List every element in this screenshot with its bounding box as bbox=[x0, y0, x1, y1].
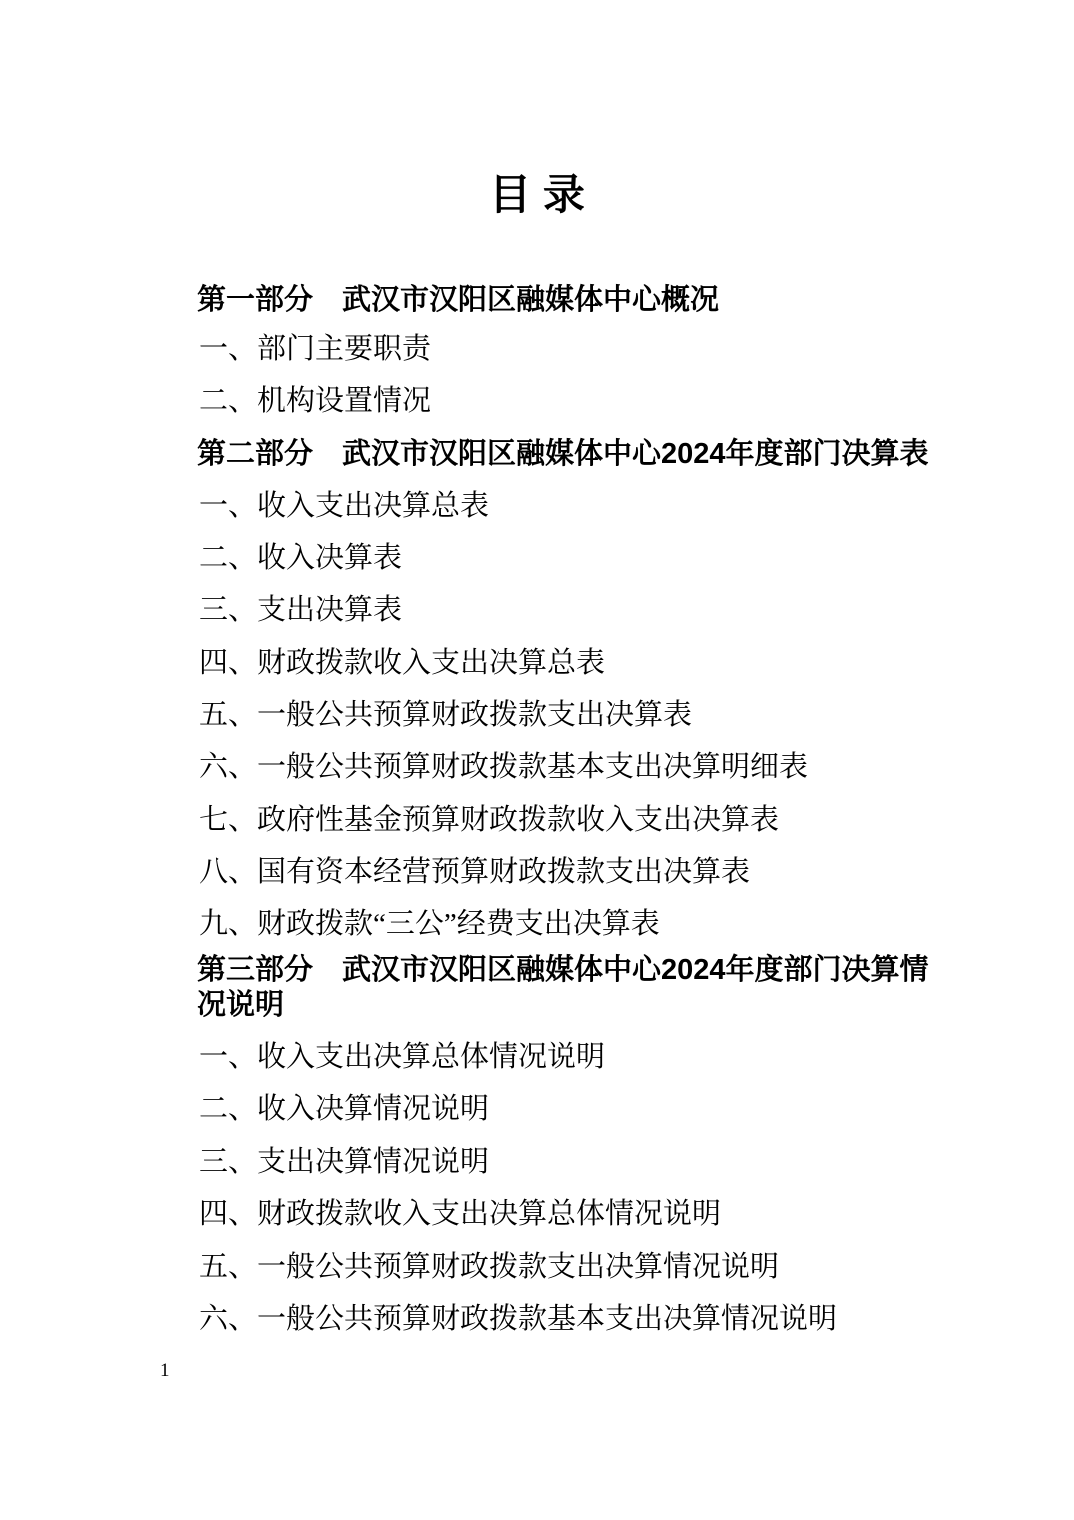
toc-entry: 二、收入决算表 bbox=[199, 542, 941, 575]
toc-entry: 四、财政拨款收入支出决算总表 bbox=[199, 647, 941, 680]
toc-entry: 七、政府性基金预算财政拨款收入支出决算表 bbox=[199, 804, 941, 837]
page-number: 1 bbox=[160, 1360, 170, 1382]
toc-entry: 五、一般公共预算财政拨款支出决算表 bbox=[199, 699, 941, 732]
document-page: 目 录 第一部分 武汉市汉阳区融媒体中心概况 一、部门主要职责 二、机构设置情况… bbox=[0, 0, 1074, 1520]
toc-entry: 八、国有资本经营预算财政拨款支出决算表 bbox=[199, 856, 941, 889]
toc-part-2-heading: 第二部分 武汉市汉阳区融媒体中心2024年度部门决算表 bbox=[197, 437, 939, 472]
toc-part-1-heading: 第一部分 武汉市汉阳区融媒体中心概况 bbox=[197, 283, 939, 318]
toc-entry: 一、收入支出决算总体情况说明 bbox=[199, 1041, 941, 1074]
toc-entry: 一、部门主要职责 bbox=[199, 333, 941, 366]
toc-entry: 四、财政拨款收入支出决算总体情况说明 bbox=[199, 1198, 941, 1231]
toc-entry: 三、支出决算表 bbox=[199, 594, 941, 627]
toc-entry: 二、收入决算情况说明 bbox=[199, 1093, 941, 1126]
page-title: 目 录 bbox=[0, 172, 1074, 218]
toc-entry: 九、财政拨款“三公”经费支出决算表 bbox=[199, 908, 941, 941]
toc-entry: 二、机构设置情况 bbox=[199, 385, 941, 418]
toc-entry: 六、一般公共预算财政拨款基本支出决算情况说明 bbox=[199, 1303, 941, 1336]
toc-part-3-heading: 第三部分 武汉市汉阳区融媒体中心2024年度部门决算情况说明 bbox=[197, 953, 939, 1023]
toc-entry: 六、一般公共预算财政拨款基本支出决算明细表 bbox=[199, 751, 941, 784]
toc-entry: 五、一般公共预算财政拨款支出决算情况说明 bbox=[199, 1251, 941, 1284]
toc-entry: 一、收入支出决算总表 bbox=[199, 490, 941, 523]
toc-entry: 三、支出决算情况说明 bbox=[199, 1146, 941, 1179]
